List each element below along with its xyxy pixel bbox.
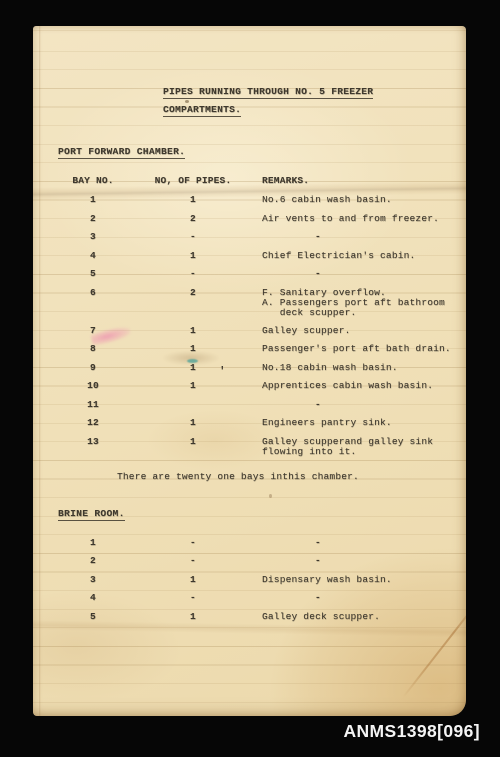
bay-cell: 9 bbox=[58, 363, 128, 373]
table-row: 11- bbox=[58, 400, 440, 410]
remarks-line: - bbox=[262, 556, 440, 566]
bay-cell: 3 bbox=[58, 575, 128, 585]
column-headers: BAY NO.NO, OF PIPES.REMARKS. bbox=[58, 176, 440, 186]
bay-cell: 8 bbox=[58, 344, 128, 354]
pipes-cell: 2 bbox=[128, 214, 258, 224]
title-line: PIPES RUNNING THROUGH NO. 5 FREEZER COMP… bbox=[163, 81, 440, 117]
remarks-line: - bbox=[262, 269, 440, 279]
remarks-line: Galley scupper. bbox=[262, 326, 440, 336]
bay-cell: 10 bbox=[58, 381, 128, 391]
table-row: 11No.6 cabin wash basin. bbox=[58, 195, 440, 205]
pipes-cell: 1 bbox=[128, 344, 258, 354]
remarks-cell: - bbox=[258, 400, 440, 410]
table-row: 2-- bbox=[58, 556, 440, 566]
bay-cell: 1 bbox=[58, 538, 128, 548]
archive-reference-label: ANMS1398[096] bbox=[343, 721, 480, 742]
remarks-cell: Engineers pantry sink. bbox=[258, 418, 440, 428]
remarks-line: deck scupper. bbox=[262, 308, 445, 318]
pipes-cell: - bbox=[128, 556, 258, 566]
document-sections: PORT FORWARD CHAMBER.BAY NO.NO, OF PIPES… bbox=[58, 141, 440, 622]
table-row: 101Apprentices cabin wash basin. bbox=[58, 381, 440, 391]
table-row: 71Galley scupper. bbox=[58, 326, 440, 336]
remarks-cell: - bbox=[258, 593, 440, 603]
bay-cell: 6 bbox=[58, 288, 128, 318]
section-port-forward-chamber: PORT FORWARD CHAMBER.BAY NO.NO, OF PIPES… bbox=[58, 141, 440, 482]
chamber-note: There are twenty one bays inthis chamber… bbox=[117, 471, 440, 482]
pipes-cell: - bbox=[128, 232, 258, 242]
column-header-bay: BAY NO. bbox=[58, 176, 128, 186]
remarks-cell: - bbox=[258, 556, 440, 566]
document-title: PIPES RUNNING THROUGH NO. 5 FREEZER COMP… bbox=[163, 86, 373, 117]
remarks-cell: Galley scupperand galley sinkflowing int… bbox=[258, 437, 440, 457]
column-header-pipes: NO, OF PIPES. bbox=[128, 176, 258, 186]
remarks-cell: - bbox=[258, 269, 440, 279]
remarks-line: - bbox=[262, 538, 440, 548]
column-header-remarks: REMARKS. bbox=[258, 176, 440, 186]
left-edge-crease bbox=[39, 26, 41, 716]
remarks-line: F. Sanitary overflow. bbox=[262, 288, 445, 298]
remarks-line: No.6 cabin wash basin. bbox=[262, 195, 440, 205]
remarks-cell: Apprentices cabin wash basin. bbox=[258, 381, 440, 391]
remarks-cell: No.18 cabin wash basin. bbox=[258, 363, 440, 373]
pipes-cell: 1 bbox=[128, 251, 258, 261]
bay-cell: 4 bbox=[58, 251, 128, 261]
remarks-line: Chief Electrician's cabin. bbox=[262, 251, 440, 261]
pipes-cell: 1 bbox=[128, 418, 258, 428]
section-heading: PORT FORWARD CHAMBER. bbox=[58, 146, 185, 159]
table-row: 1-- bbox=[58, 538, 440, 548]
remarks-line: A. Passengers port aft bathroom bbox=[262, 298, 445, 308]
fold-crease-lower bbox=[33, 620, 466, 638]
pipes-cell: 1 bbox=[128, 575, 258, 585]
remarks-cell: Air vents to and from freezer. bbox=[258, 214, 440, 224]
table-row: 22Air vents to and from freezer. bbox=[58, 214, 440, 224]
remarks-cell: F. Sanitary overflow.A. Passengers port … bbox=[258, 288, 445, 318]
bay-cell: 13 bbox=[58, 437, 128, 457]
bay-cell: 3 bbox=[58, 232, 128, 242]
pipes-cell: - bbox=[128, 269, 258, 279]
bay-cell: 12 bbox=[58, 418, 128, 428]
pipes-cell: 1 bbox=[128, 612, 258, 622]
pipes-cell: 1 bbox=[128, 326, 258, 336]
pipes-cell: 2 bbox=[128, 288, 258, 318]
remarks-line: Air vents to and from freezer. bbox=[262, 214, 440, 224]
bay-cell: 11 bbox=[58, 400, 128, 410]
remarks-line: flowing into it. bbox=[262, 447, 440, 457]
remarks-line: Passenger's port aft bath drain. bbox=[262, 344, 451, 354]
pipes-cell: 1 bbox=[128, 381, 258, 391]
remarks-line: Apprentices cabin wash basin. bbox=[262, 381, 440, 391]
remarks-line: Engineers pantry sink. bbox=[262, 418, 440, 428]
table-rows: 11No.6 cabin wash basin.22Air vents to a… bbox=[58, 195, 440, 457]
bay-cell: 5 bbox=[58, 612, 128, 622]
typewritten-content: PIPES RUNNING THROUGH NO. 5 FREEZER COMP… bbox=[58, 81, 440, 622]
bay-cell: 2 bbox=[58, 556, 128, 566]
table-row: 3-- bbox=[58, 232, 440, 242]
remarks-line: Dispensary wash basin. bbox=[262, 575, 440, 585]
table-row: 4-- bbox=[58, 593, 440, 603]
section-brine-room: BRINE ROOM.1--2--31Dispensary wash basin… bbox=[58, 503, 440, 622]
pipes-cell: - bbox=[128, 538, 258, 548]
remarks-cell: - bbox=[258, 232, 440, 242]
bay-cell: 1 bbox=[58, 195, 128, 205]
remarks-line: - bbox=[262, 593, 440, 603]
remarks-line: - bbox=[262, 232, 440, 242]
table-rows: 1--2--31Dispensary wash basin.4--51Galle… bbox=[58, 538, 440, 622]
document-page: ' PIPES RUNNING THROUGH NO. 5 FREEZER CO… bbox=[33, 26, 466, 716]
remarks-cell: Chief Electrician's cabin. bbox=[258, 251, 440, 261]
remarks-cell: Galley scupper. bbox=[258, 326, 440, 336]
remarks-line: Galley scupperand galley sink bbox=[262, 437, 440, 447]
remarks-cell: Passenger's port aft bath drain. bbox=[258, 344, 451, 354]
remarks-line: Galley deck scupper. bbox=[262, 612, 440, 622]
remarks-cell: Galley deck scupper. bbox=[258, 612, 440, 622]
pipes-cell: 1 bbox=[128, 195, 258, 205]
remarks-line: No.18 cabin wash basin. bbox=[262, 363, 440, 373]
bay-cell: 4 bbox=[58, 593, 128, 603]
table-row: 131Galley scupperand galley sinkflowing … bbox=[58, 437, 440, 457]
table-row: 91No.18 cabin wash basin. bbox=[58, 363, 440, 373]
pipes-cell bbox=[128, 400, 258, 410]
pipes-cell: - bbox=[128, 593, 258, 603]
table-row: 41Chief Electrician's cabin. bbox=[58, 251, 440, 261]
pipes-cell: 1 bbox=[128, 363, 258, 373]
bay-cell: 7 bbox=[58, 326, 128, 336]
section-heading-line: BRINE ROOM. bbox=[58, 503, 440, 521]
scan-backdrop: { "colors": { "backdrop": "#060606", "pa… bbox=[0, 0, 500, 757]
table-row: 31Dispensary wash basin. bbox=[58, 575, 440, 585]
remarks-cell: - bbox=[258, 538, 440, 548]
section-heading: BRINE ROOM. bbox=[58, 508, 125, 521]
table-row: 62F. Sanitary overflow.A. Passengers por… bbox=[58, 288, 440, 318]
remarks-cell: No.6 cabin wash basin. bbox=[258, 195, 440, 205]
pipes-cell: 1 bbox=[128, 437, 258, 457]
table-row: 5-- bbox=[58, 269, 440, 279]
table-row: 121Engineers pantry sink. bbox=[58, 418, 440, 428]
table-row: 81Passenger's port aft bath drain. bbox=[58, 344, 440, 354]
section-heading-line: PORT FORWARD CHAMBER. bbox=[58, 141, 440, 159]
remarks-cell: Dispensary wash basin. bbox=[258, 575, 440, 585]
remarks-line: - bbox=[262, 400, 440, 410]
bay-cell: 5 bbox=[58, 269, 128, 279]
table-row: 51Galley deck scupper. bbox=[58, 612, 440, 622]
bay-cell: 2 bbox=[58, 214, 128, 224]
